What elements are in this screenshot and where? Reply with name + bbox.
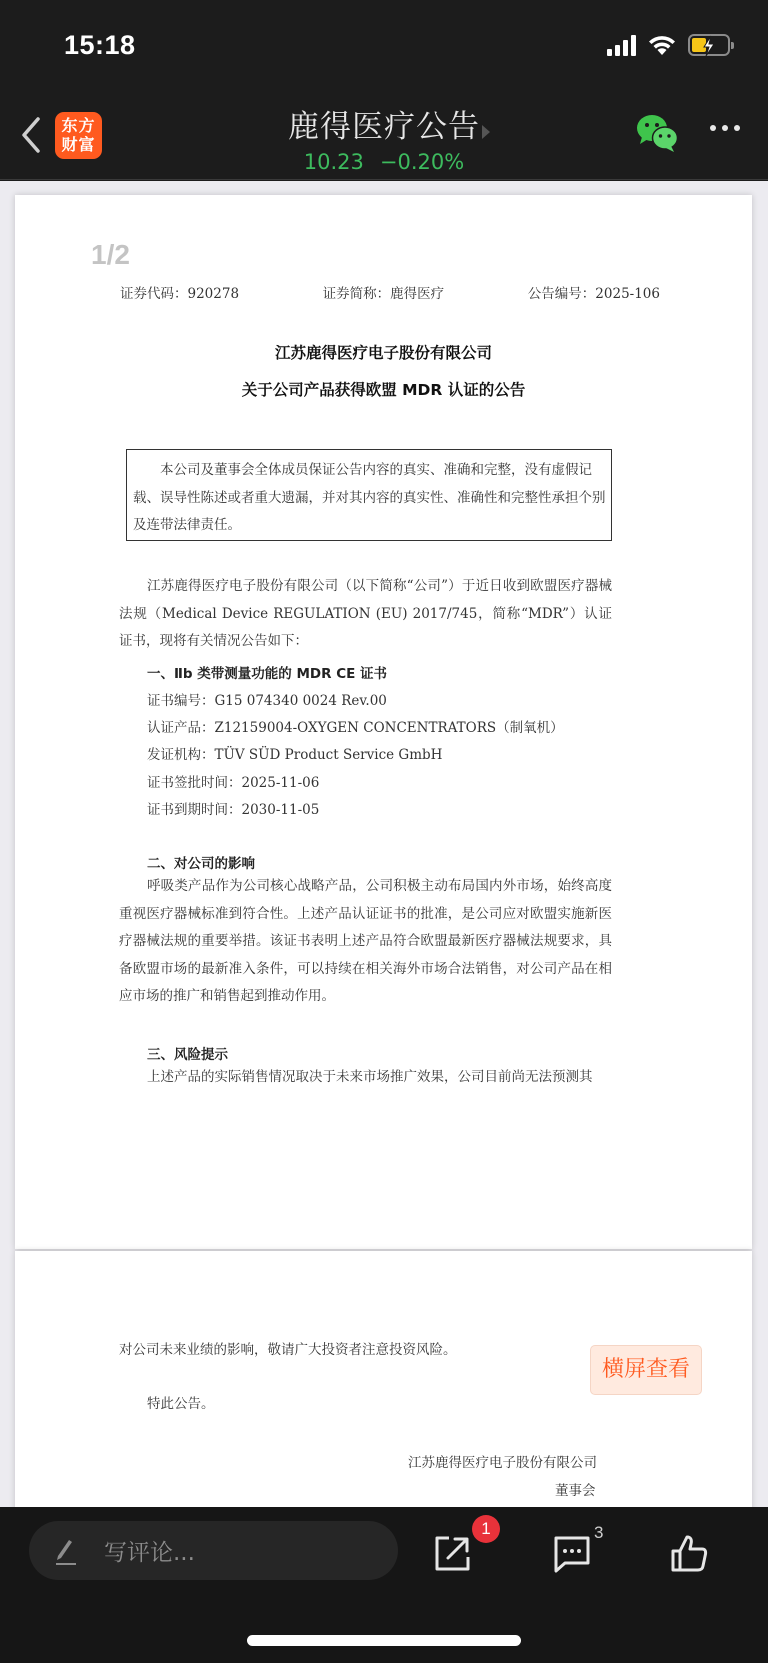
section-1-heading: 一、Ⅱb 类带测量功能的 MDR CE 证书 bbox=[147, 662, 387, 682]
cert-issuer: 发证机构：TÜV SÜD Product Service GmbH bbox=[147, 743, 442, 763]
signature-company: 江苏鹿得医疗电子股份有限公司 bbox=[408, 1451, 597, 1471]
more-dots-icon[interactable] bbox=[710, 125, 740, 131]
stock-code: 证券代码：920278 bbox=[120, 282, 239, 302]
stock-quote: 10.23−0.20% bbox=[0, 150, 768, 174]
status-time: 15:18 bbox=[64, 30, 136, 61]
caret-right-icon[interactable] bbox=[482, 125, 490, 139]
cert-product: 认证产品：Z12159004-OXYGEN CONCENTRATORS（制氧机） bbox=[147, 716, 564, 736]
comment-placeholder: 写评论... bbox=[104, 1534, 195, 1567]
wechat-share-icon[interactable] bbox=[635, 113, 679, 153]
section-3-body: 上述产品的实际销售情况取决于未来市场推广效果，公司目前尚无法预测其 bbox=[119, 1064, 612, 1092]
closing-statement: 特此公告。 bbox=[119, 1391, 612, 1419]
comment-count: 3 bbox=[594, 1523, 603, 1543]
stock-price: 10.23 bbox=[304, 150, 364, 174]
signature-board: 董事会 bbox=[555, 1479, 596, 1499]
doc-title-company: 江苏鹿得医疗电子股份有限公司 bbox=[15, 341, 752, 363]
cert-expiry-date: 证书到期时间：2030-11-05 bbox=[147, 798, 319, 818]
intro-paragraph: 江苏鹿得医疗电子股份有限公司（以下简称“公司”）于近日收到欧盟医疗器械法规（Me… bbox=[119, 573, 612, 656]
document-viewer[interactable]: 1/2 证券代码：920278 证券简称：鹿得医疗 公告编号：2025-106 … bbox=[0, 181, 768, 1507]
section-2-heading: 二、对公司的影响 bbox=[147, 852, 255, 872]
share-badge: 1 bbox=[472, 1515, 500, 1543]
cert-number: 证书编号：G15 074340 0024 Rev.00 bbox=[147, 689, 387, 709]
stock-short-name: 证券简称：鹿得医疗 bbox=[323, 282, 445, 302]
notice-number: 公告编号：2025-106 bbox=[528, 282, 660, 302]
pencil-icon bbox=[54, 1536, 78, 1566]
battery-charging-icon bbox=[688, 34, 730, 56]
thumbs-up-icon[interactable] bbox=[669, 1533, 709, 1573]
wifi-icon bbox=[648, 34, 676, 56]
disclaimer-box: 本公司及董事会全体成员保证公告内容的真实、准确和完整，没有虚假记载、误导性陈述或… bbox=[126, 449, 612, 541]
home-indicator[interactable] bbox=[247, 1635, 521, 1646]
stock-change: −0.20% bbox=[380, 150, 464, 174]
section-3-continued: 对公司未来业绩的影响，敬请广大投资者注意投资风险。 bbox=[119, 1337, 612, 1365]
landscape-view-button[interactable]: 横屏查看 bbox=[590, 1345, 702, 1395]
comment-icon[interactable] bbox=[552, 1533, 592, 1573]
announcement-meta: 证券代码：920278 证券简称：鹿得医疗 公告编号：2025-106 bbox=[120, 282, 660, 302]
comment-input[interactable]: 写评论... bbox=[29, 1521, 398, 1580]
section-2-body: 呼吸类产品作为公司核心战略产品，公司积极主动布局国内外市场，始终高度重视医疗器械… bbox=[119, 873, 612, 1011]
status-icons bbox=[607, 34, 730, 56]
status-bar: 15:18 bbox=[0, 0, 768, 95]
cellular-signal-icon bbox=[607, 34, 636, 56]
doc-title-subject: 关于公司产品获得欧盟 MDR 认证的公告 bbox=[15, 378, 752, 400]
cert-issue-date: 证书签批时间：2025-11-06 bbox=[147, 771, 319, 791]
document-page-1: 1/2 证券代码：920278 证券简称：鹿得医疗 公告编号：2025-106 … bbox=[15, 195, 752, 1249]
section-3-heading: 三、风险提示 bbox=[147, 1043, 228, 1063]
share-icon[interactable] bbox=[433, 1533, 473, 1573]
page-indicator: 1/2 bbox=[91, 239, 130, 271]
bottom-action-bar: 写评论... 1 3 bbox=[0, 1507, 768, 1663]
nav-bar: 东方 财富 鹿得医疗公告 10.23−0.20% bbox=[0, 95, 768, 180]
